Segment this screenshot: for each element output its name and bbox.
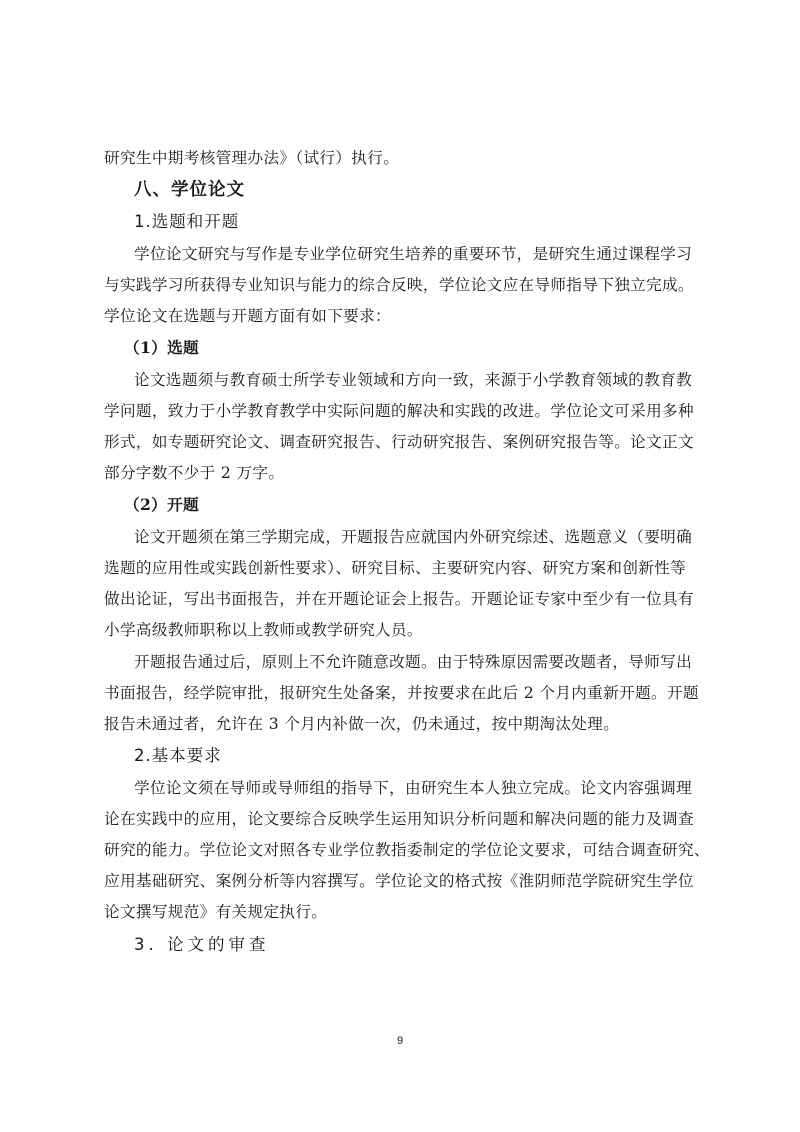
- body-text-line: 做出论证，写出书面报告，并在开题论证会上报告。开题论证专家中至少有一位具有: [104, 589, 694, 609]
- section-heading-degree-thesis: 八、学位论文: [134, 180, 245, 200]
- body-text-line: 论文选题须与教育硕士所学专业领域和方向一致，来源于小学教育领域的教育教: [134, 370, 692, 390]
- body-text-line: 学位论文须在导师或导师组的指导下，由研究生本人独立完成。论文内容强调理: [134, 778, 692, 798]
- subsection-heading-basic-requirements: 2.基本要求: [134, 746, 222, 766]
- body-text-line: 形式，如专题研究论文、调查研究报告、行动研究报告、案例研究报告等。论文正文: [104, 432, 694, 452]
- page-number: 9: [0, 1035, 800, 1047]
- sub-heading-topic-selection: （1）选题: [124, 338, 199, 358]
- body-text-line: 小学高级教师职称以上教师或教学研究人员。: [104, 620, 423, 640]
- body-text-line: 研究生中期考核管理办法》（试行）执行。: [104, 148, 399, 168]
- subsection-heading-topic-proposal: 1.选题和开题: [134, 212, 239, 232]
- body-text-line: 学位论文研究与写作是专业学位研究生培养的重要环节，是研究生通过课程学习: [134, 244, 692, 264]
- body-text-line: 论文开题须在第三学期完成，开题报告应就国内外研究综述、选题意义（要明确: [134, 527, 692, 547]
- body-text-line: 应用基础研究、案例分析等内容撰写。学位论文的格式按《淮阴师范学院研究生学位: [104, 871, 694, 891]
- body-text-line: 部分字数不少于 2 万字。: [104, 463, 284, 483]
- body-text-line: 报告未通过者，允许在 3 个月内补做一次，仍未通过，按中期淘汰处理。: [104, 714, 619, 734]
- subsection-heading-thesis-review: 3. 论文的审查: [134, 935, 270, 955]
- body-text-line: 与实践学习所获得专业知识与能力的综合反映，学位论文应在导师指导下独立完成。: [104, 275, 694, 295]
- body-text-line: 学问题，致力于小学教育教学中实际问题的解决和实践的改进。学位论文可采用多种: [104, 401, 694, 421]
- body-text-line: 学位论文在选题与开题方面有如下要求：: [104, 306, 391, 326]
- body-text-line: 研究的能力。学位论文对照各专业学位教指委制定的学位论文要求，可结合调查研究、: [104, 840, 710, 860]
- body-text-line: 书面报告，经学院审批，报研究生处备案，并按要求在此后 2 个月内重新开题。开题: [104, 683, 699, 703]
- body-text-line: 论在实践中的应用，论文要综合反映学生运用知识分析问题和解决问题的能力及调查: [104, 809, 694, 829]
- body-text-line: 选题的应用性或实践创新性要求）、研究目标、主要研究内容、研究方案和创新性等: [104, 558, 686, 578]
- document-page: 研究生中期考核管理办法》（试行）执行。 八、学位论文 1.选题和开题 学位论文研…: [0, 0, 800, 1132]
- body-text-line: 开题报告通过后，原则上不允许随意改题。由于特殊原因需要改题者，导师写出: [134, 652, 692, 672]
- body-text-line: 论文撰写规范》有关规定执行。: [104, 902, 327, 922]
- sub-heading-proposal: （2）开题: [124, 495, 199, 515]
